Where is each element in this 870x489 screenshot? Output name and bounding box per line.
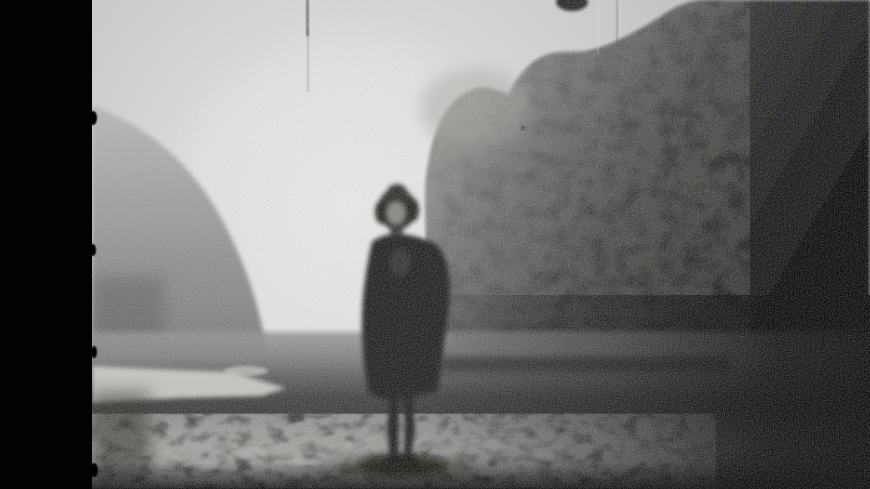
gate-edge-nub (90, 463, 98, 477)
gate-edge-nub (91, 346, 97, 358)
film-gate-bar (0, 0, 92, 489)
photo (0, 0, 870, 489)
gate-edge-nub (90, 244, 96, 256)
film-grain (88, 0, 870, 489)
gate-edge-nub (89, 111, 97, 125)
film-frame (0, 0, 870, 489)
